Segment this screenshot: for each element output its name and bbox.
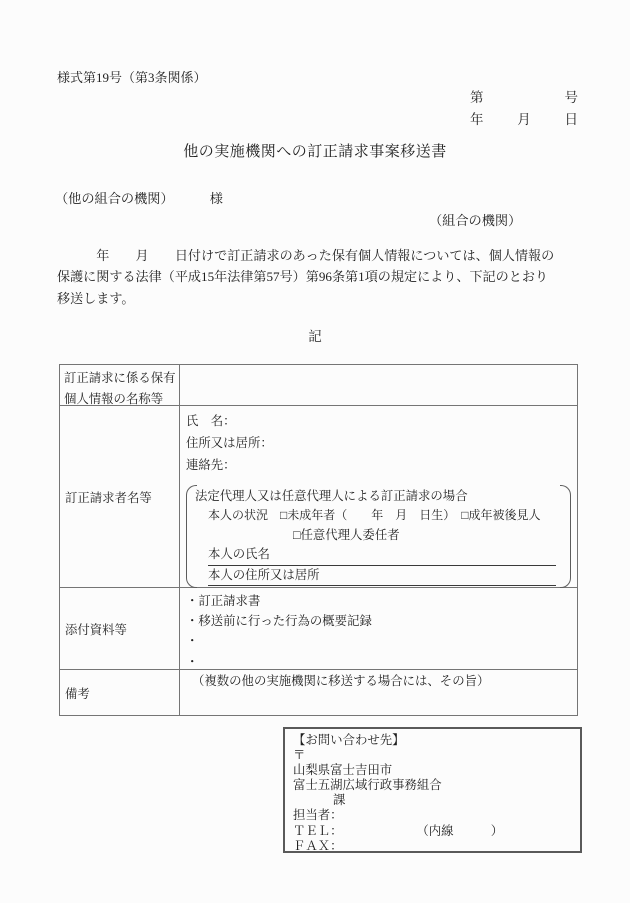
document-page: 様式第19号（第3条関係） 第 号 年 月 日 他の実施機関への訂正請求事案移送…	[0, 0, 630, 903]
attachment-item-3: ・	[186, 631, 571, 651]
tel-label: ＴＥＬ：	[293, 824, 343, 838]
addressee-honorific: 様	[210, 191, 223, 206]
contact-address1: 山梨県富士吉田市	[293, 763, 572, 778]
left-paren-icon	[186, 485, 197, 588]
document-title: 他の実施機関への訂正請求事案移送書	[0, 140, 630, 161]
attachments-label: 添付資料等	[60, 587, 179, 669]
addressee-name: （他の組合の機関）	[55, 191, 174, 206]
remarks-note: （複数の他の実施機関に移送する場合には、その旨）	[192, 672, 571, 691]
requester-contact-line: 連絡先：	[186, 454, 571, 476]
attachment-item-2: ・移送前に行った行為の概要記録	[186, 611, 571, 631]
main-table: 訂正請求に係る保有 個人情報の名称等 訂正請求者名等 氏 名： 住所又は居所： …	[59, 364, 578, 716]
contact-staff: 担当者：	[293, 808, 572, 823]
doc-number-prefix: 第	[470, 86, 484, 106]
body-line-2: 保護に関する法律（平成15年法律第57号）第96条第1項の規定により、下記のとお…	[57, 266, 577, 287]
requester-name-line: 氏 名：	[186, 410, 571, 432]
contact-section: 課	[293, 793, 572, 808]
doc-number-suffix: 号	[565, 86, 579, 106]
legal-rep-case-line: 法定代理人又は任意代理人による訂正請求の場合	[195, 487, 561, 506]
legal-rep-bracket: 法定代理人又は任意代理人による訂正請求の場合 本人の状況 □未成年者（ 年 月 …	[186, 485, 571, 588]
date-year-label: 年	[470, 108, 484, 128]
attachment-item-1: ・訂正請求書	[186, 591, 571, 611]
form-number: 様式第19号（第3条関係）	[57, 67, 207, 86]
date-month-label: 月	[517, 108, 531, 128]
right-paren-icon	[560, 485, 571, 588]
tel-extension: （内線 ）	[423, 824, 504, 838]
addressee-line: （他の組合の機関）様	[55, 188, 223, 207]
contact-tel-line: ＴＥＬ：（内線 ）	[293, 824, 572, 839]
body-paragraph: 年 月 日付けで訂正請求のあった保有個人情報については、個人情報の 保護に関する…	[57, 245, 577, 309]
requester-detail-cell: 氏 名： 住所又は居所： 連絡先： 法定代理人又は任意代理人による訂正請求の場合…	[179, 405, 577, 587]
attachments-cell: ・訂正請求書 ・移送前に行った行為の概要記録 ・ ・	[179, 587, 577, 669]
row1-value-cell	[179, 365, 577, 405]
requester-address-line: 住所又は居所：	[186, 432, 571, 454]
fax-label: ＦＡＸ：	[293, 839, 572, 854]
principal-name-row: 本人の氏名	[195, 545, 561, 565]
contact-box: 【お問い合わせ先】 〒 山梨県富士吉田市 富士五湖広域行政事務組合 課 担当者：…	[283, 727, 582, 853]
body-line-3: 移送します。	[57, 288, 577, 309]
principal-address-row: 本人の住所又は居所	[195, 566, 561, 586]
date-line: 年 月 日	[470, 108, 578, 128]
principal-address-underline: 本人の住所又は居所	[208, 566, 556, 586]
contact-address2: 富士五湖広域行政事務組合	[293, 778, 572, 793]
date-day-label: 日	[565, 108, 579, 128]
remarks-cell: （複数の他の実施機関に移送する場合には、その旨）	[179, 669, 577, 715]
row1-label-line1: 訂正請求に係る保有	[64, 368, 176, 389]
body-line-1: 年 月 日付けで訂正請求のあった保有個人情報については、個人情報の	[57, 245, 577, 266]
contact-heading: 【お問い合わせ先】	[293, 733, 572, 748]
row1-label: 訂正請求に係る保有 個人情報の名称等	[60, 365, 179, 405]
sender-org: （組合の機関）	[429, 210, 521, 229]
postal-mark: 〒	[293, 748, 572, 763]
principal-status-line: 本人の状況 □未成年者（ 年 月 日生） □成年被後見人	[195, 506, 561, 525]
ki-marker: 記	[0, 325, 630, 345]
doc-number-line: 第 号	[470, 86, 578, 106]
principal-name-underline: 本人の氏名	[208, 545, 556, 565]
row2-label: 訂正請求者名等	[60, 405, 179, 587]
voluntary-rep-line: □任意代理人委任者	[195, 526, 561, 545]
remarks-label: 備考	[60, 669, 179, 715]
